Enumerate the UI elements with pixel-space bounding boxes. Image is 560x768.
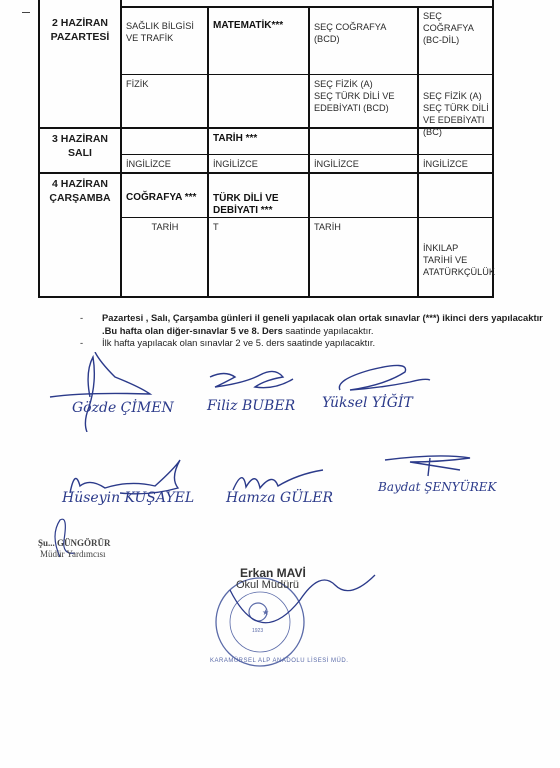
deputy-name: Şu... GÜNGÖRÜR: [38, 538, 111, 548]
signature-scribble-6: [380, 448, 490, 478]
cell-wed-a-1: COĞRAFYA ***: [122, 190, 208, 206]
deputy-title: Müdür Yardımcısı: [40, 549, 106, 559]
cell-tue-a-4: [419, 130, 493, 134]
bullet: -: [80, 337, 102, 350]
signature-scribble-1: [45, 352, 165, 432]
cell-tue-b-3: İNGİLİZCE: [310, 156, 417, 172]
day-label-monday: 2 HAZİRAN PAZARTESİ: [40, 14, 120, 46]
day-label-wednesday: 4 HAZİRAN ÇARŞAMBA: [40, 175, 120, 207]
stamp-text: KARAMÜRSEL ALP ANADOLU LİSESİ MÜD.: [210, 658, 348, 664]
principal-title: Okul Müdürü: [236, 579, 299, 591]
signature-name-4: Hüseyin KUŞAYEL: [62, 490, 194, 506]
exam-schedule-table: 2 HAZİRAN PAZARTESİ 3 HAZİRAN SALI 4 HAZ…: [38, 0, 494, 298]
principal-name: Erkan MAVİ: [240, 566, 306, 580]
cell-mon-b-2: [209, 76, 308, 80]
signature-name-3: Yüksel YİĞİT: [322, 395, 413, 411]
day-label-tuesday: 3 HAZİRAN SALI: [40, 130, 120, 162]
day-name: PAZARTESİ: [44, 30, 116, 44]
cell-mon-b-1: FİZİK: [122, 76, 208, 92]
day-date: 2 HAZİRAN: [44, 16, 116, 30]
cell-wed-b-4: İNKILAP TARİHİ VE ATATÜRKÇÜLÜK: [419, 240, 493, 280]
cell-mon-a-4: SEÇ COĞRAFYA (BC-DİL): [419, 8, 493, 48]
cell-wed-a-3: [310, 175, 417, 179]
cell-mon-a-1: SAĞLIK BİLGİSİ VE TRAFİK: [122, 18, 208, 46]
signature-name-2: Filiz BUBER: [207, 398, 295, 414]
cell-tue-b-2: İNGİLİZCE: [209, 156, 308, 172]
note-text: Pazartesi , Salı, Çarşamba günleri il ge…: [102, 312, 550, 337]
note-item: - İlk hafta yapılacak olan sınavlar 2 ve…: [80, 337, 550, 350]
cell-wed-b-2: T: [209, 219, 308, 235]
document-page: 2 HAZİRAN PAZARTESİ 3 HAZİRAN SALI 4 HAZ…: [0, 0, 560, 768]
day-date: 4 HAZİRAN: [44, 177, 116, 191]
cell-wed-b-3: TARİH: [310, 219, 417, 235]
day-date: 3 HAZİRAN: [44, 132, 116, 146]
signature-name-1: Gözde ÇİMEN: [72, 400, 174, 416]
svg-text:1923: 1923: [252, 628, 263, 634]
cell-tue-a-3: [310, 130, 417, 134]
signature-name-5: Hamza GÜLER: [226, 490, 333, 506]
scan-mark: [22, 12, 30, 13]
note-rest-text: saatinde yapılacaktır.: [283, 325, 374, 336]
cell-mon-a-3: SEÇ COĞRAFYA (BCD): [310, 19, 417, 47]
cell-mon-a-2: MATEMATİK***: [209, 18, 308, 34]
signature-scribble-3: [330, 360, 440, 400]
bullet: -: [80, 312, 102, 337]
cell-tue-b-1: İNGİLİZCE: [122, 156, 208, 172]
svg-text:★: ★: [262, 608, 269, 617]
day-name: SALI: [44, 146, 116, 160]
cell-tue-a-1: [122, 130, 208, 134]
cell-mon-b-3: SEÇ FİZİK (A) SEÇ TÜRK DİLİ VE EDEBİYATI…: [310, 76, 417, 116]
cell-tue-a-2: TARİH ***: [209, 131, 308, 147]
cell-tue-b-4: İNGİLİZCE: [419, 156, 493, 172]
note-item: - Pazartesi , Salı, Çarşamba günleri il …: [80, 312, 550, 337]
signature-scribble-5: [228, 462, 328, 492]
notes-list: - Pazartesi , Salı, Çarşamba günleri il …: [80, 312, 550, 350]
cell-wed-b-1: TARİH: [122, 219, 208, 235]
note-text: İlk hafta yapılacak olan sınavlar 2 ve 5…: [102, 337, 375, 350]
day-name: ÇARŞAMBA: [44, 191, 116, 205]
cell-wed-a-4: [419, 175, 493, 179]
signature-name-6: Baydat ŞENYÜREK: [378, 480, 497, 494]
cell-wed-a-2: TÜRK DİLİ VE DEBİYATI ***: [209, 191, 299, 219]
